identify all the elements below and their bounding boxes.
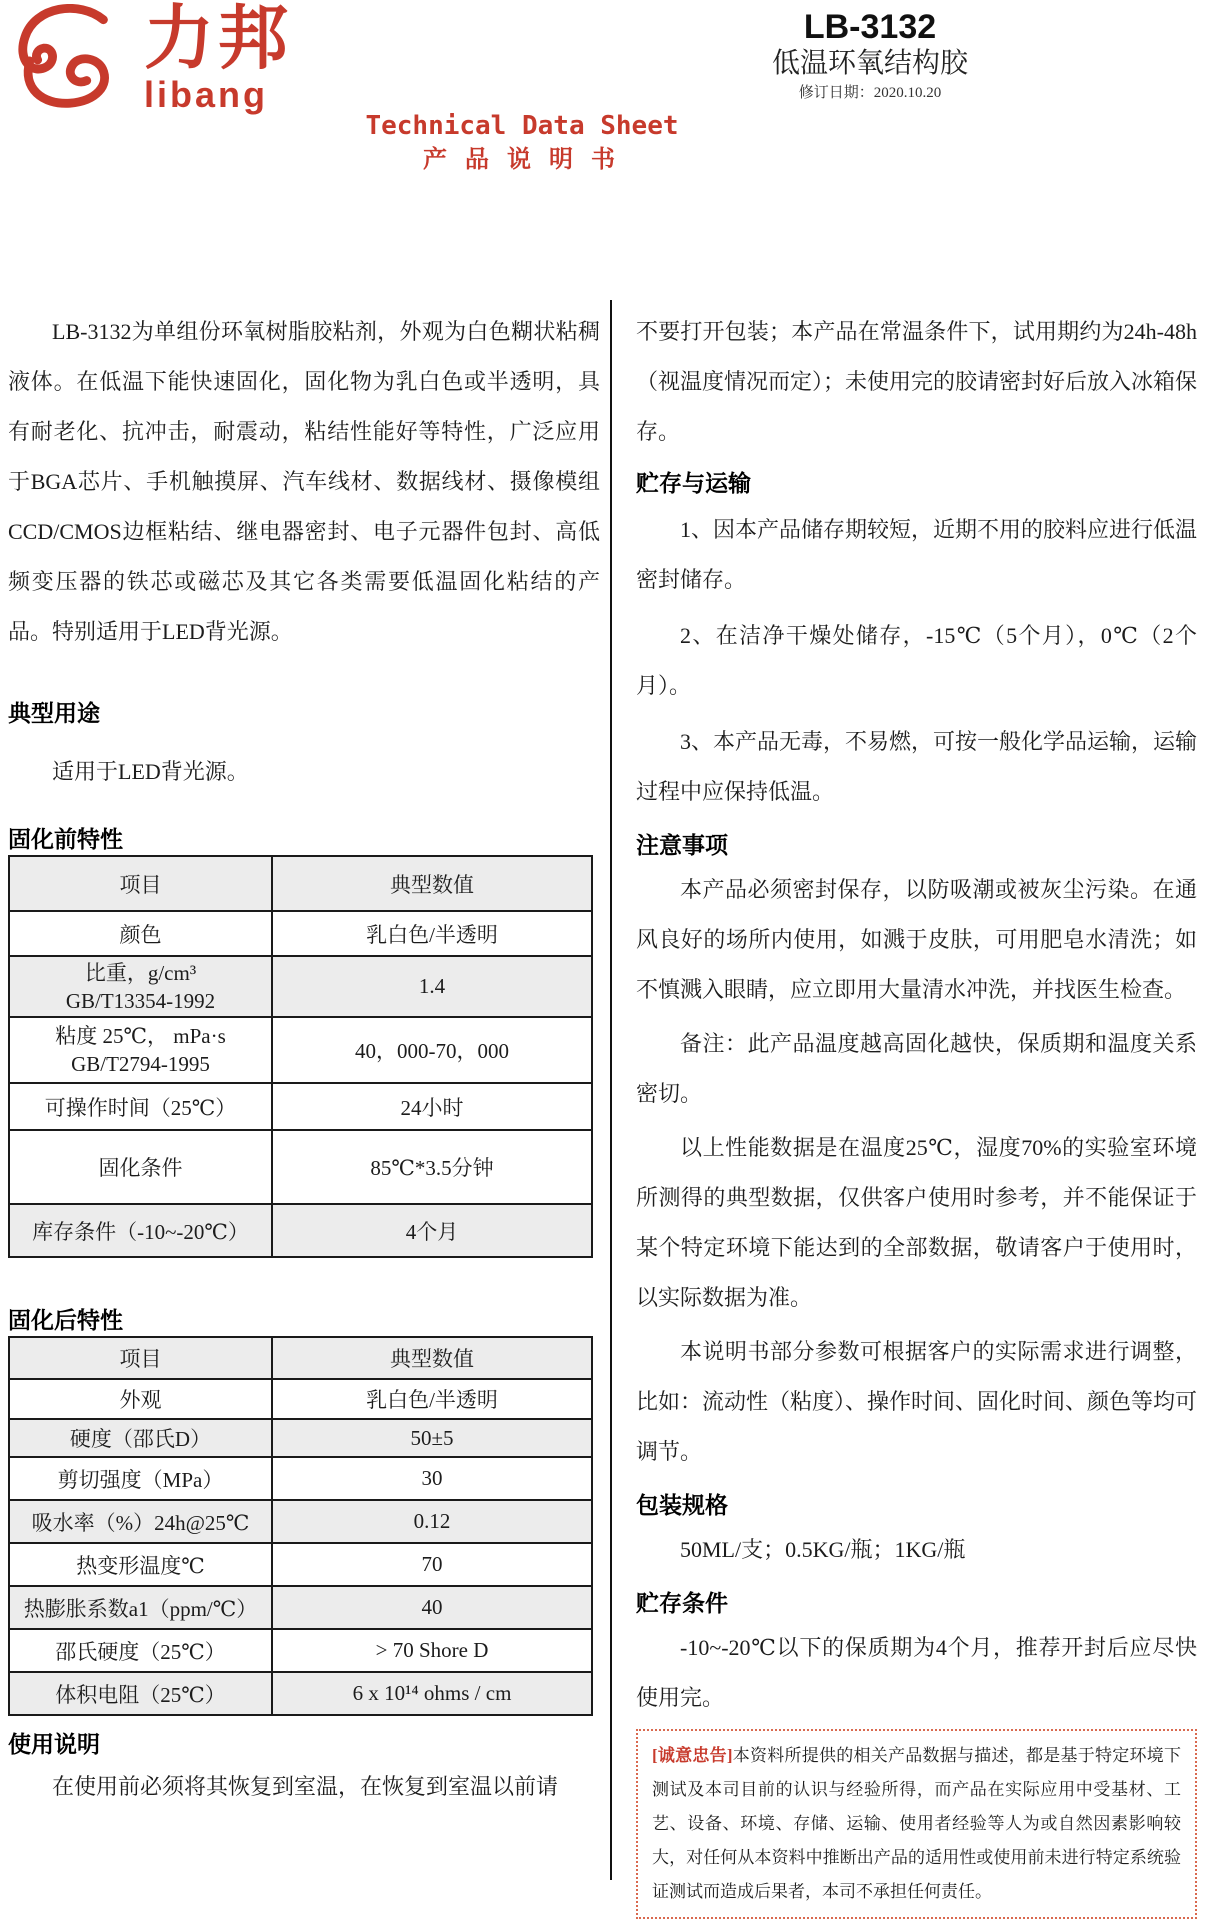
doc-title-en: Technical Data Sheet xyxy=(0,110,1044,142)
advisory-label: [诚意忠告] xyxy=(652,1746,733,1765)
page-header: 力邦 libang LB-3132 低温环氧结构胶 修订日期：2020.10.2… xyxy=(0,0,1217,255)
spec-item: 比重，g/cm³ GB/T13354-1992 xyxy=(9,956,272,1017)
table-row: 固化条件 85℃*3.5分钟 xyxy=(9,1130,592,1204)
precaution-paragraph: 本说明书部分参数可根据客户的实际需求进行调整，比如：流动性（粘度）、操作时间、固… xyxy=(636,1327,1197,1477)
storage-condition-text: -10~-20℃以下的保质期为4个月，推荐开封后应尽快使用完。 xyxy=(636,1623,1197,1723)
company-logo: 力邦 libang xyxy=(8,4,292,114)
table-header-row: 项目 典型数值 xyxy=(9,1337,592,1379)
usage-heading: 使用说明 xyxy=(8,1730,600,1760)
table-row: 库存条件（-10~-20℃） 4个月 xyxy=(9,1204,592,1257)
spec-item: 吸水率（%）24h@25℃ xyxy=(9,1500,272,1543)
precautions-heading: 注意事项 xyxy=(636,831,1197,861)
table-row: 硬度（邵氏D） 50±5 xyxy=(9,1419,592,1457)
column-header-item: 项目 xyxy=(9,856,272,911)
storage-item: 2、在洁净干燥处储存，-15℃（5个月），0℃（2个月）。 xyxy=(636,611,1197,711)
logo-swirl-icon xyxy=(8,4,138,112)
spec-item: 颜色 xyxy=(9,911,272,956)
spec-item: 固化条件 xyxy=(9,1130,272,1204)
spec-value: 70 xyxy=(272,1543,592,1586)
spec-item: 邵氏硬度（25℃） xyxy=(9,1629,272,1672)
spec-value: 4个月 xyxy=(272,1204,592,1257)
body-columns: LB-3132为单组份环氧树脂胶粘剂，外观为白色糊状粘稠液体。在低温下能快速固化… xyxy=(0,255,1217,1919)
table-row: 颜色 乳白色/半透明 xyxy=(9,911,592,956)
right-column: 不要打开包装；本产品在常温条件下，试用期约为24h-48h（视温度情况而定）；未… xyxy=(610,255,1217,1919)
precaution-paragraph: 备注：此产品温度越高固化越快，保质期和温度关系密切。 xyxy=(636,1019,1197,1119)
precure-heading: 固化前特性 xyxy=(8,825,600,855)
spec-value: 30 xyxy=(272,1457,592,1500)
packaging-text: 50ML/支；0.5KG/瓶；1KG/瓶 xyxy=(636,1525,1197,1575)
spec-item: 体积电阻（25℃） xyxy=(9,1672,272,1715)
spec-value: 24小时 xyxy=(272,1083,592,1130)
spec-value: 40，000-70，000 xyxy=(272,1017,592,1083)
precaution-paragraph: 本产品必须密封保存，以防吸潮或被灰尘污染。在通风良好的场所内使用，如溅于皮肤，可… xyxy=(636,865,1197,1015)
spec-item: 可操作时间（25℃） xyxy=(9,1083,272,1130)
datasheet-page: 力邦 libang LB-3132 低温环氧结构胶 修订日期：2020.10.2… xyxy=(0,0,1217,1920)
column-header-value: 典型数值 xyxy=(272,1337,592,1379)
spec-value: 0.12 xyxy=(272,1500,592,1543)
intro-paragraph: LB-3132为单组份环氧树脂胶粘剂，外观为白色糊状粘稠液体。在低温下能快速固化… xyxy=(8,307,600,657)
packaging-heading: 包装规格 xyxy=(636,1491,1197,1521)
table-row: 吸水率（%）24h@25℃ 0.12 xyxy=(9,1500,592,1543)
postcure-heading: 固化后特性 xyxy=(8,1306,600,1336)
postcure-table: 项目 典型数值 外观 乳白色/半透明 硬度（邵氏D） 50±5 剪切强度（MPa… xyxy=(8,1336,593,1716)
spec-value: 乳白色/半透明 xyxy=(272,911,592,956)
storage-item: 3、本产品无毒，不易燃，可按一般化学品运输，运输过程中应保持低温。 xyxy=(636,717,1197,817)
spec-value: 6 x 10¹⁴ ohms / cm xyxy=(272,1672,592,1715)
spec-value: 50±5 xyxy=(272,1419,592,1457)
product-code: LB-3132 xyxy=(765,8,975,46)
document-title-block: Technical Data Sheet 产 品 说 明 书 xyxy=(0,110,1044,178)
storage-transport-heading: 贮存与运输 xyxy=(636,469,1197,499)
spec-item: 外观 xyxy=(9,1379,272,1419)
storage-condition-heading: 贮存条件 xyxy=(636,1589,1197,1619)
spec-value: 40 xyxy=(272,1586,592,1629)
storage-item: 1、因本产品储存期较短，近期不用的胶料应进行低温密封储存。 xyxy=(636,505,1197,605)
precaution-paragraph: 以上性能数据是在温度25℃，湿度70%的实验室环境所测得的典型数据，仅供客户使用… xyxy=(636,1123,1197,1323)
left-column: LB-3132为单组份环氧树脂胶粘剂，外观为白色糊状粘稠液体。在低温下能快速固化… xyxy=(0,255,610,1812)
column-divider xyxy=(610,300,612,1880)
spec-item: 库存条件（-10~-20℃） xyxy=(9,1204,272,1257)
column-header-value: 典型数值 xyxy=(272,856,592,911)
spec-value: 1.4 xyxy=(272,956,592,1017)
table-row: 粘度 25℃， mPa·s GB/T2794-1995 40，000-70，00… xyxy=(9,1017,592,1083)
table-row: 热变形温度℃ 70 xyxy=(9,1543,592,1586)
typical-use-text: 适用于LED背光源。 xyxy=(8,747,600,797)
spec-item: 剪切强度（MPa） xyxy=(9,1457,272,1500)
spec-value: 乳白色/半透明 xyxy=(272,1379,592,1419)
spec-value: 85℃*3.5分钟 xyxy=(272,1130,592,1204)
logo-text: 力邦 libang xyxy=(144,4,292,114)
revision-date: 修订日期：2020.10.20 xyxy=(765,82,975,104)
doc-title-zh: 产 品 说 明 书 xyxy=(0,142,1044,178)
spec-item: 热膨胀系数a1（ppm/℃） xyxy=(9,1586,272,1629)
advisory-text: 本资料所提供的相关产品数据与描述，都是基于特定环境下测试及本司目前的认识与经验所… xyxy=(652,1746,1181,1901)
product-header: LB-3132 低温环氧结构胶 修订日期：2020.10.20 xyxy=(765,8,975,104)
table-row: 外观 乳白色/半透明 xyxy=(9,1379,592,1419)
advisory-box: [诚意忠告]本资料所提供的相关产品数据与描述，都是基于特定环境下测试及本司目前的… xyxy=(636,1729,1197,1919)
spec-value: > 70 Shore D xyxy=(272,1629,592,1672)
column-header-item: 项目 xyxy=(9,1337,272,1379)
typical-use-heading: 典型用途 xyxy=(8,699,600,729)
precure-table: 项目 典型数值 颜色 乳白色/半透明 比重，g/cm³ GB/T13354-19… xyxy=(8,855,593,1258)
table-row: 热膨胀系数a1（ppm/℃） 40 xyxy=(9,1586,592,1629)
table-row: 可操作时间（25℃） 24小时 xyxy=(9,1083,592,1130)
logo-zh-label: 力邦 xyxy=(144,4,292,76)
spec-item: 硬度（邵氏D） xyxy=(9,1419,272,1457)
spec-item: 热变形温度℃ xyxy=(9,1543,272,1586)
logo-en-label: libang xyxy=(144,76,292,114)
table-header-row: 项目 典型数值 xyxy=(9,856,592,911)
table-row: 剪切强度（MPa） 30 xyxy=(9,1457,592,1500)
table-row: 体积电阻（25℃） 6 x 10¹⁴ ohms / cm xyxy=(9,1672,592,1715)
spec-item: 粘度 25℃， mPa·s GB/T2794-1995 xyxy=(9,1017,272,1083)
table-row: 邵氏硬度（25℃） > 70 Shore D xyxy=(9,1629,592,1672)
continuation-paragraph: 不要打开包装；本产品在常温条件下，试用期约为24h-48h（视温度情况而定）；未… xyxy=(636,307,1197,457)
usage-text: 在使用前必须将其恢复到室温，在恢复到室温以前请 xyxy=(8,1762,600,1812)
table-row: 比重，g/cm³ GB/T13354-1992 1.4 xyxy=(9,956,592,1017)
product-name: 低温环氧结构胶 xyxy=(765,46,975,82)
